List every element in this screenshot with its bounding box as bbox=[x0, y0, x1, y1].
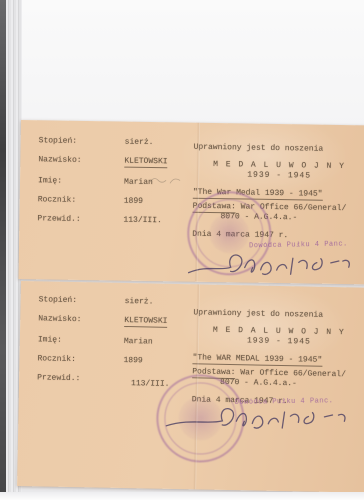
signature bbox=[164, 398, 361, 442]
surname-label: Nazwisko: bbox=[38, 155, 108, 167]
firstname-label: Imię: bbox=[38, 335, 108, 345]
przewid-value: 113/III. bbox=[131, 379, 170, 389]
field-row-przewid: Przewid.: 113/III. bbox=[37, 373, 187, 385]
signature bbox=[186, 243, 363, 284]
field-row-birthyear: Rocznik: 1899 bbox=[38, 195, 188, 206]
surname-value: KLETOWSKI bbox=[124, 316, 167, 328]
przewid-label: Przewid.: bbox=[37, 373, 107, 383]
firstname-label: Imię: bbox=[38, 176, 108, 186]
surname-label: Nazwisko: bbox=[38, 314, 108, 326]
entitlement-line: Uprawniony jest do noszenia bbox=[193, 308, 364, 321]
pencil-mark bbox=[148, 174, 182, 187]
field-row-firstname: Imię: Marian bbox=[38, 335, 188, 347]
birthyear-value: 1899 bbox=[123, 356, 142, 365]
scan-bottom-edge bbox=[0, 492, 364, 500]
entitlement-line: Uprawniony jest do noszenia bbox=[194, 143, 364, 156]
rank-label: Stopień: bbox=[39, 136, 109, 146]
przewid-label: Przewid.: bbox=[37, 214, 107, 224]
rank-value: sierż. bbox=[125, 138, 154, 147]
field-row-przewid: Przewid.: 113/III. bbox=[37, 214, 187, 225]
certificate-upper: Stopień: sierż. Nazwisko: KLETOWSKI Imię… bbox=[19, 120, 364, 284]
rank-value: sierż. bbox=[125, 297, 154, 307]
certificate-lower: Stopień: sierż. Nazwisko: KLETOWSKI Imię… bbox=[17, 281, 364, 493]
field-row-birthyear: Rocznik: 1899 bbox=[37, 354, 187, 366]
birthyear-label: Rocznik: bbox=[37, 354, 107, 364]
field-row-rank: Stopień: sierż. bbox=[39, 136, 189, 147]
przewid-value: 113/III. bbox=[123, 216, 162, 226]
field-row-surname: Nazwisko: KLETOWSKI bbox=[38, 314, 188, 328]
rank-label: Stopień: bbox=[39, 295, 109, 305]
field-row-surname: Nazwisko: KLETOWSKI bbox=[38, 155, 188, 168]
scanned-photo: Stopień: sierż. Nazwisko: KLETOWSKI Imię… bbox=[0, 0, 364, 500]
birthyear-value: 1899 bbox=[124, 197, 143, 206]
surname-value: KLETOWSKI bbox=[124, 157, 167, 169]
field-row-rank: Stopień: sierż. bbox=[39, 295, 189, 307]
medal-english-line: "The WAR MEDAL 1939 - 1945" bbox=[192, 353, 322, 366]
firstname-value: Marian bbox=[124, 337, 153, 347]
personal-data-block: Stopień: sierż. Nazwisko: KLETOWSKI Imię… bbox=[37, 295, 189, 395]
birthyear-label: Rocznik: bbox=[38, 195, 108, 205]
